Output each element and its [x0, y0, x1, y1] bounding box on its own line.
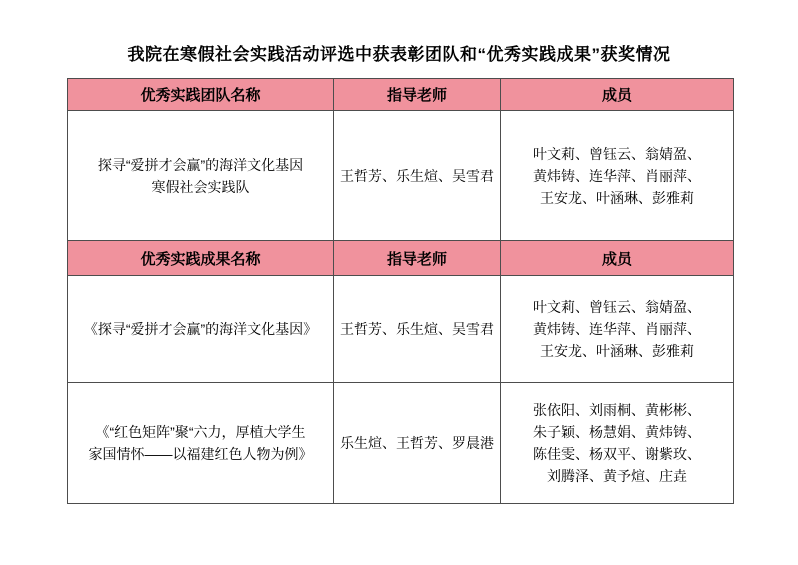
col-header-teachers: 指导老师	[334, 241, 501, 276]
col-header-achievement-name: 优秀实践成果名称	[68, 241, 334, 276]
col-header-members: 成员	[501, 241, 734, 276]
col-header-team-name: 优秀实践团队名称	[68, 79, 334, 111]
header-row-achievements: 优秀实践成果名称 指导老师 成员	[68, 241, 734, 276]
teachers-cell: 王哲芳、乐生煊、吴雪君	[334, 276, 501, 383]
achievement-name-cell: 《探寻“爱拼才会赢”的海洋文化基因》	[68, 276, 334, 383]
members-cell: 叶文莉、曾钰云、翁婧盈、 黄炜铸、连华萍、肖丽萍、 王安龙、叶涵琳、彭雅莉	[501, 276, 734, 383]
table-row-achievement-2: 《“红色矩阵”聚“六力，厚植大学生 家国情怀——以福建红色人物为例》 乐生煊、王…	[68, 383, 734, 504]
table-row-achievement-1: 《探寻“爱拼才会赢”的海洋文化基因》 王哲芳、乐生煊、吴雪君 叶文莉、曾钰云、翁…	[68, 276, 734, 383]
members-cell: 张依阳、刘雨桐、黄彬彬、 朱子颖、杨慧娟、黄炜铸、 陈佳雯、杨双平、谢紫玫、 刘…	[501, 383, 734, 504]
teachers-cell: 王哲芳、乐生煊、吴雪君	[334, 111, 501, 241]
members-cell: 叶文莉、曾钰云、翁婧盈、 黄炜铸、连华萍、肖丽萍、 王安龙、叶涵琳、彭雅莉	[501, 111, 734, 241]
awards-table: 优秀实践团队名称 指导老师 成员 探寻“爱拼才会赢”的海洋文化基因 寒假社会实践…	[67, 78, 734, 504]
team-name-cell: 探寻“爱拼才会赢”的海洋文化基因 寒假社会实践队	[68, 111, 334, 241]
document-page: 我院在寒假社会实践活动评选中获表彰团队和“优秀实践成果”获奖情况 优秀实践团队名…	[0, 0, 798, 565]
col-header-teachers: 指导老师	[334, 79, 501, 111]
table-row-team: 探寻“爱拼才会赢”的海洋文化基因 寒假社会实践队 王哲芳、乐生煊、吴雪君 叶文莉…	[68, 111, 734, 241]
page-title: 我院在寒假社会实践活动评选中获表彰团队和“优秀实践成果”获奖情况	[0, 40, 798, 65]
teachers-cell: 乐生煊、王哲芳、罗晨港	[334, 383, 501, 504]
header-row-teams: 优秀实践团队名称 指导老师 成员	[68, 79, 734, 111]
col-header-members: 成员	[501, 79, 734, 111]
achievement-name-cell: 《“红色矩阵”聚“六力，厚植大学生 家国情怀——以福建红色人物为例》	[68, 383, 334, 504]
